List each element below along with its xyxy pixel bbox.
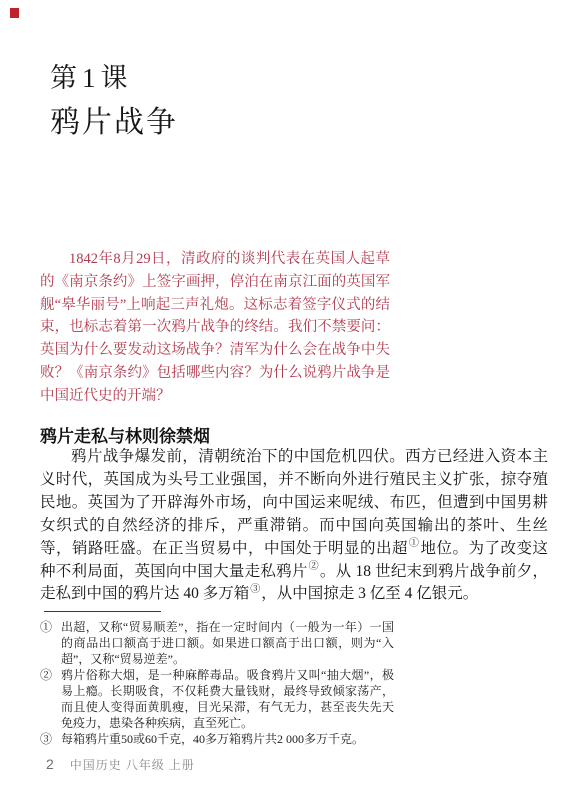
footnote-text: 每箱鸦片重50或60千克，40多万箱鸦片共2 000多万千克。 [61,732,364,746]
footnote-text: 鸦片俗称大烟，是一种麻醉毒品。吸食鸦片又叫“抽大烟”，极易上瘾。长期吸食，不仅耗… [61,668,394,730]
footnote-divider [44,611,161,612]
corner-red-mark [10,8,19,18]
section-heading: 鸦片走私与林则徐禁烟 [40,422,210,447]
book-title: 中国历史 八年级 上册 [70,756,195,773]
page-number: 2 [46,756,54,772]
footnote-item: ③每箱鸦片重50或60千克，40多万箱鸦片共2 000多万千克。 [40,731,394,747]
footnote-marker: ③ [40,731,52,747]
footnotes: ①出超，又称“贸易顺差”，指在一定时间内（一般为一年）一国的商品出口额高于进口额… [40,619,394,747]
footnote-item: ②鸦片俗称大烟，是一种麻醉毒品。吸食鸦片又叫“抽大烟”，极易上瘾。长期吸食，不仅… [40,667,394,731]
page-footer: 2 中国历史 八年级 上册 [46,756,195,773]
body-text-run: ，从中国掠走 3 亿至 4 亿银元。 [261,585,478,602]
lesson-title: 鸦片战争 [50,97,178,141]
footnote-ref: ① [409,538,420,549]
body-paragraph: 鸦片战争爆发前，清朝统治下的中国危机四伏。西方已经进入资本主义时代，英国成为头号… [40,446,548,606]
footnote-ref: ② [309,561,319,572]
footnote-marker: ① [40,619,52,635]
lesson-number: 第1课 [50,56,133,95]
footnote-item: ①出超，又称“贸易顺差”，指在一定时间内（一般为一年）一国的商品出口额高于进口额… [40,619,394,667]
intro-paragraph: 1842年8月29日，清政府的谈判代表在英国人起草的《南京条约》上签字画押，停泊… [40,248,390,408]
textbook-page: 第1课 鸦片战争 1842年8月29日，清政府的谈判代表在英国人起草的《南京条约… [0,0,581,800]
footnote-text: 出超，又称“贸易顺差”，指在一定时间内（一般为一年）一国的商品出口额高于进口额。… [61,620,394,666]
footnote-ref: ③ [250,584,260,595]
footnote-marker: ② [40,667,52,683]
